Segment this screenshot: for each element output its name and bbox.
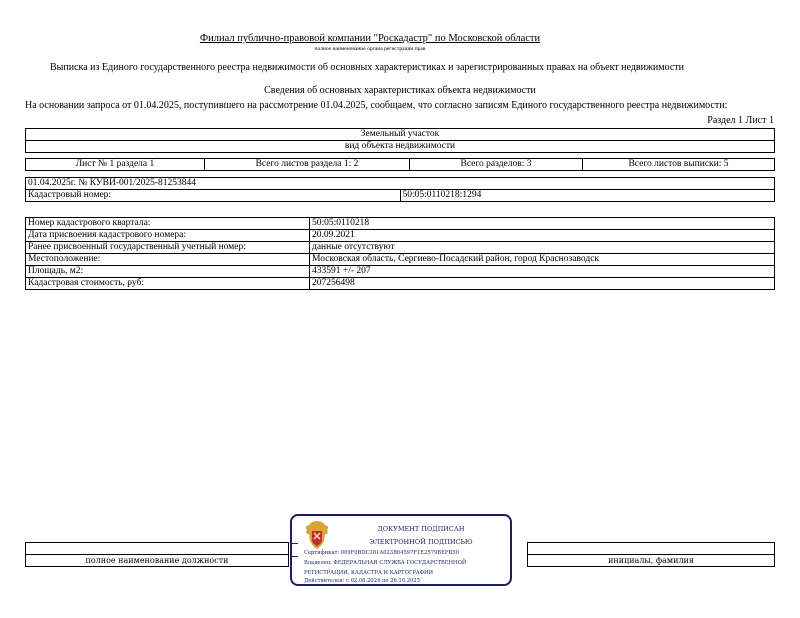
position-caption: полное наименование должности xyxy=(26,555,289,567)
row-value: 433591 +/- 207 xyxy=(310,266,775,278)
row-value: 50:05:0110218 xyxy=(310,218,775,230)
row-value: 20.09.2021 xyxy=(310,230,775,242)
row-label: Дата присвоения кадастрового номера: xyxy=(26,230,310,242)
row-value: 207256498 xyxy=(310,278,775,290)
characteristics-table: Номер кадастрового квартала: 50:05:01102… xyxy=(25,217,775,290)
row-value: данные отсутствуют xyxy=(310,242,775,254)
extract-sheets-total: Всего листов выписки: 5 xyxy=(583,159,775,171)
sheet-number: Лист № 1 раздела 1 xyxy=(26,159,205,171)
organization-name: Филиал публично-правовой компании "Роска… xyxy=(0,33,740,44)
row-label: Местоположение: xyxy=(26,254,310,266)
object-type-table: Земельный участок вид объекта недвижимос… xyxy=(25,128,775,153)
basis-text: На основании запроса от 01.04.2025, пост… xyxy=(25,100,727,111)
cadastral-number-value: 50:05:0110218:1294 xyxy=(400,190,775,202)
electronic-signature-stamp: ДОКУМЕНТ ПОДПИСАН ЭЛЕКТРОННОЙ ПОДПИСЬЮ С… xyxy=(290,514,512,586)
certificate-number: Сертификат: 009F0BDC181A023B64597F1E2579… xyxy=(304,550,459,556)
object-type-value: Земельный участок xyxy=(26,129,775,141)
certificate-validity: Действителен: с 02.08.2024 по 26.10.2025 xyxy=(304,578,420,584)
section-sheet-label: Раздел 1 Лист 1 xyxy=(707,115,774,126)
section-title: Сведения об основных характеристиках объ… xyxy=(0,85,800,96)
row-value: Московская область, Сергиево-Посадский р… xyxy=(310,254,775,266)
record-table: 01.04.2025г. № КУВИ-001/2025-81253844 Ка… xyxy=(25,177,775,202)
cadastral-number-label: Кадастровый номер: xyxy=(26,190,401,202)
record-number: 01.04.2025г. № КУВИ-001/2025-81253844 xyxy=(26,178,775,190)
sections-total: Всего разделов: 3 xyxy=(410,159,583,171)
object-type-caption: вид объекта недвижимости xyxy=(26,141,775,153)
name-field xyxy=(528,543,775,555)
table-row: Местоположение: Московская область, Серг… xyxy=(26,254,775,266)
table-row: Ранее присвоенный государственный учетны… xyxy=(26,242,775,254)
stamp-title: ДОКУМЕНТ ПОДПИСАН xyxy=(336,525,506,533)
table-row: Номер кадастрового квартала: 50:05:01102… xyxy=(26,218,775,230)
certificate-owner-continued: РЕГИСТРАЦИИ, КАДАСТРА И КАРТОГРАФИИ xyxy=(304,570,433,576)
stamp-subtitle: ЭЛЕКТРОННОЙ ПОДПИСЬЮ xyxy=(336,538,506,546)
table-row: Площадь, м2: 433591 +/- 207 xyxy=(26,266,775,278)
extract-title: Выписка из Единого государственного реес… xyxy=(50,62,684,73)
position-field xyxy=(26,543,289,555)
row-label: Площадь, м2: xyxy=(26,266,310,278)
table-row: Кадастровая стоимость, руб: 207256498 xyxy=(26,278,775,290)
row-label: Кадастровая стоимость, руб: xyxy=(26,278,310,290)
section-sheets-total: Всего листов раздела 1: 2 xyxy=(205,159,410,171)
name-caption: инициалы, фамилия xyxy=(528,555,775,567)
coat-of-arms-icon xyxy=(304,519,330,551)
row-label: Ранее присвоенный государственный учетны… xyxy=(26,242,310,254)
table-row: Дата присвоения кадастрового номера: 20.… xyxy=(26,230,775,242)
sheets-table: Лист № 1 раздела 1 Всего листов раздела … xyxy=(25,158,775,171)
organization-caption: полное наименование органа регистрации п… xyxy=(0,46,740,52)
row-label: Номер кадастрового квартала: xyxy=(26,218,310,230)
certificate-owner: Владелец: ФЕДЕРАЛЬНАЯ СЛУЖБА ГОСУДАРСТВЕ… xyxy=(304,560,466,566)
